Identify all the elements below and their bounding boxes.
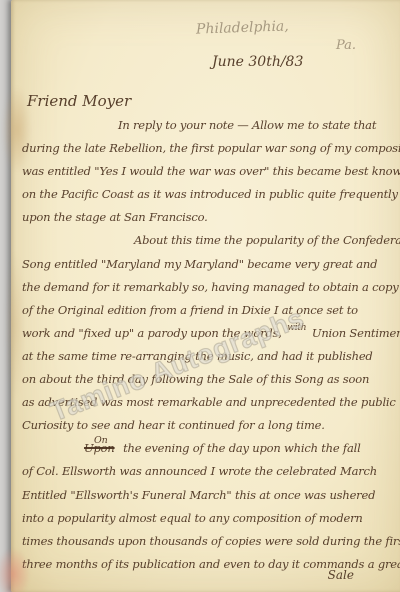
line-text: Union Sentiments: [312, 326, 400, 340]
date-line: June 30th/83: [212, 54, 303, 70]
salutation: Friend Moyer: [27, 92, 131, 110]
letter-line: of Col. Ellsworth was announced I wrote …: [22, 460, 396, 483]
letter-line: on the Pacific Coast as it was introduce…: [22, 183, 396, 206]
letter-photo: Tamino Autographs Philadelphia, Pa. June…: [0, 0, 400, 592]
letter-line: In reply to your note — Allow me to stat…: [22, 114, 396, 137]
letter-line: About this time the popularity of the Co…: [22, 229, 396, 252]
letter-line: the demand for it remarkably so, having …: [22, 276, 396, 299]
letter-line-with-correction: Upon On the evening of the day upon whic…: [22, 437, 396, 460]
correction-wrapper: Upon On: [84, 437, 115, 460]
letter-line: Song entitled "Maryland my Maryland" bec…: [22, 253, 396, 276]
place-line: Philadelphia,: [196, 18, 289, 37]
letter-line: times thousands upon thousands of copies…: [22, 530, 396, 553]
letter-line: upon the stage at San Francisco.: [22, 206, 396, 229]
letter-line: Entitled "Ellsworth's Funeral March" thi…: [22, 484, 396, 507]
catchword-sale: Sale: [328, 568, 354, 582]
letter-line: into a popularity almost equal to any co…: [22, 507, 396, 530]
state-line: Pa.: [336, 38, 356, 53]
letter-line: of the Original edition from a friend in…: [22, 299, 396, 322]
inserted-word-on: On: [94, 429, 108, 452]
letter-line: during the late Rebellion, the first pop…: [22, 137, 396, 160]
letter-line: was entitled "Yes I would the war was ov…: [22, 160, 396, 183]
line-text: the evening of the day upon which the fa…: [123, 441, 361, 455]
